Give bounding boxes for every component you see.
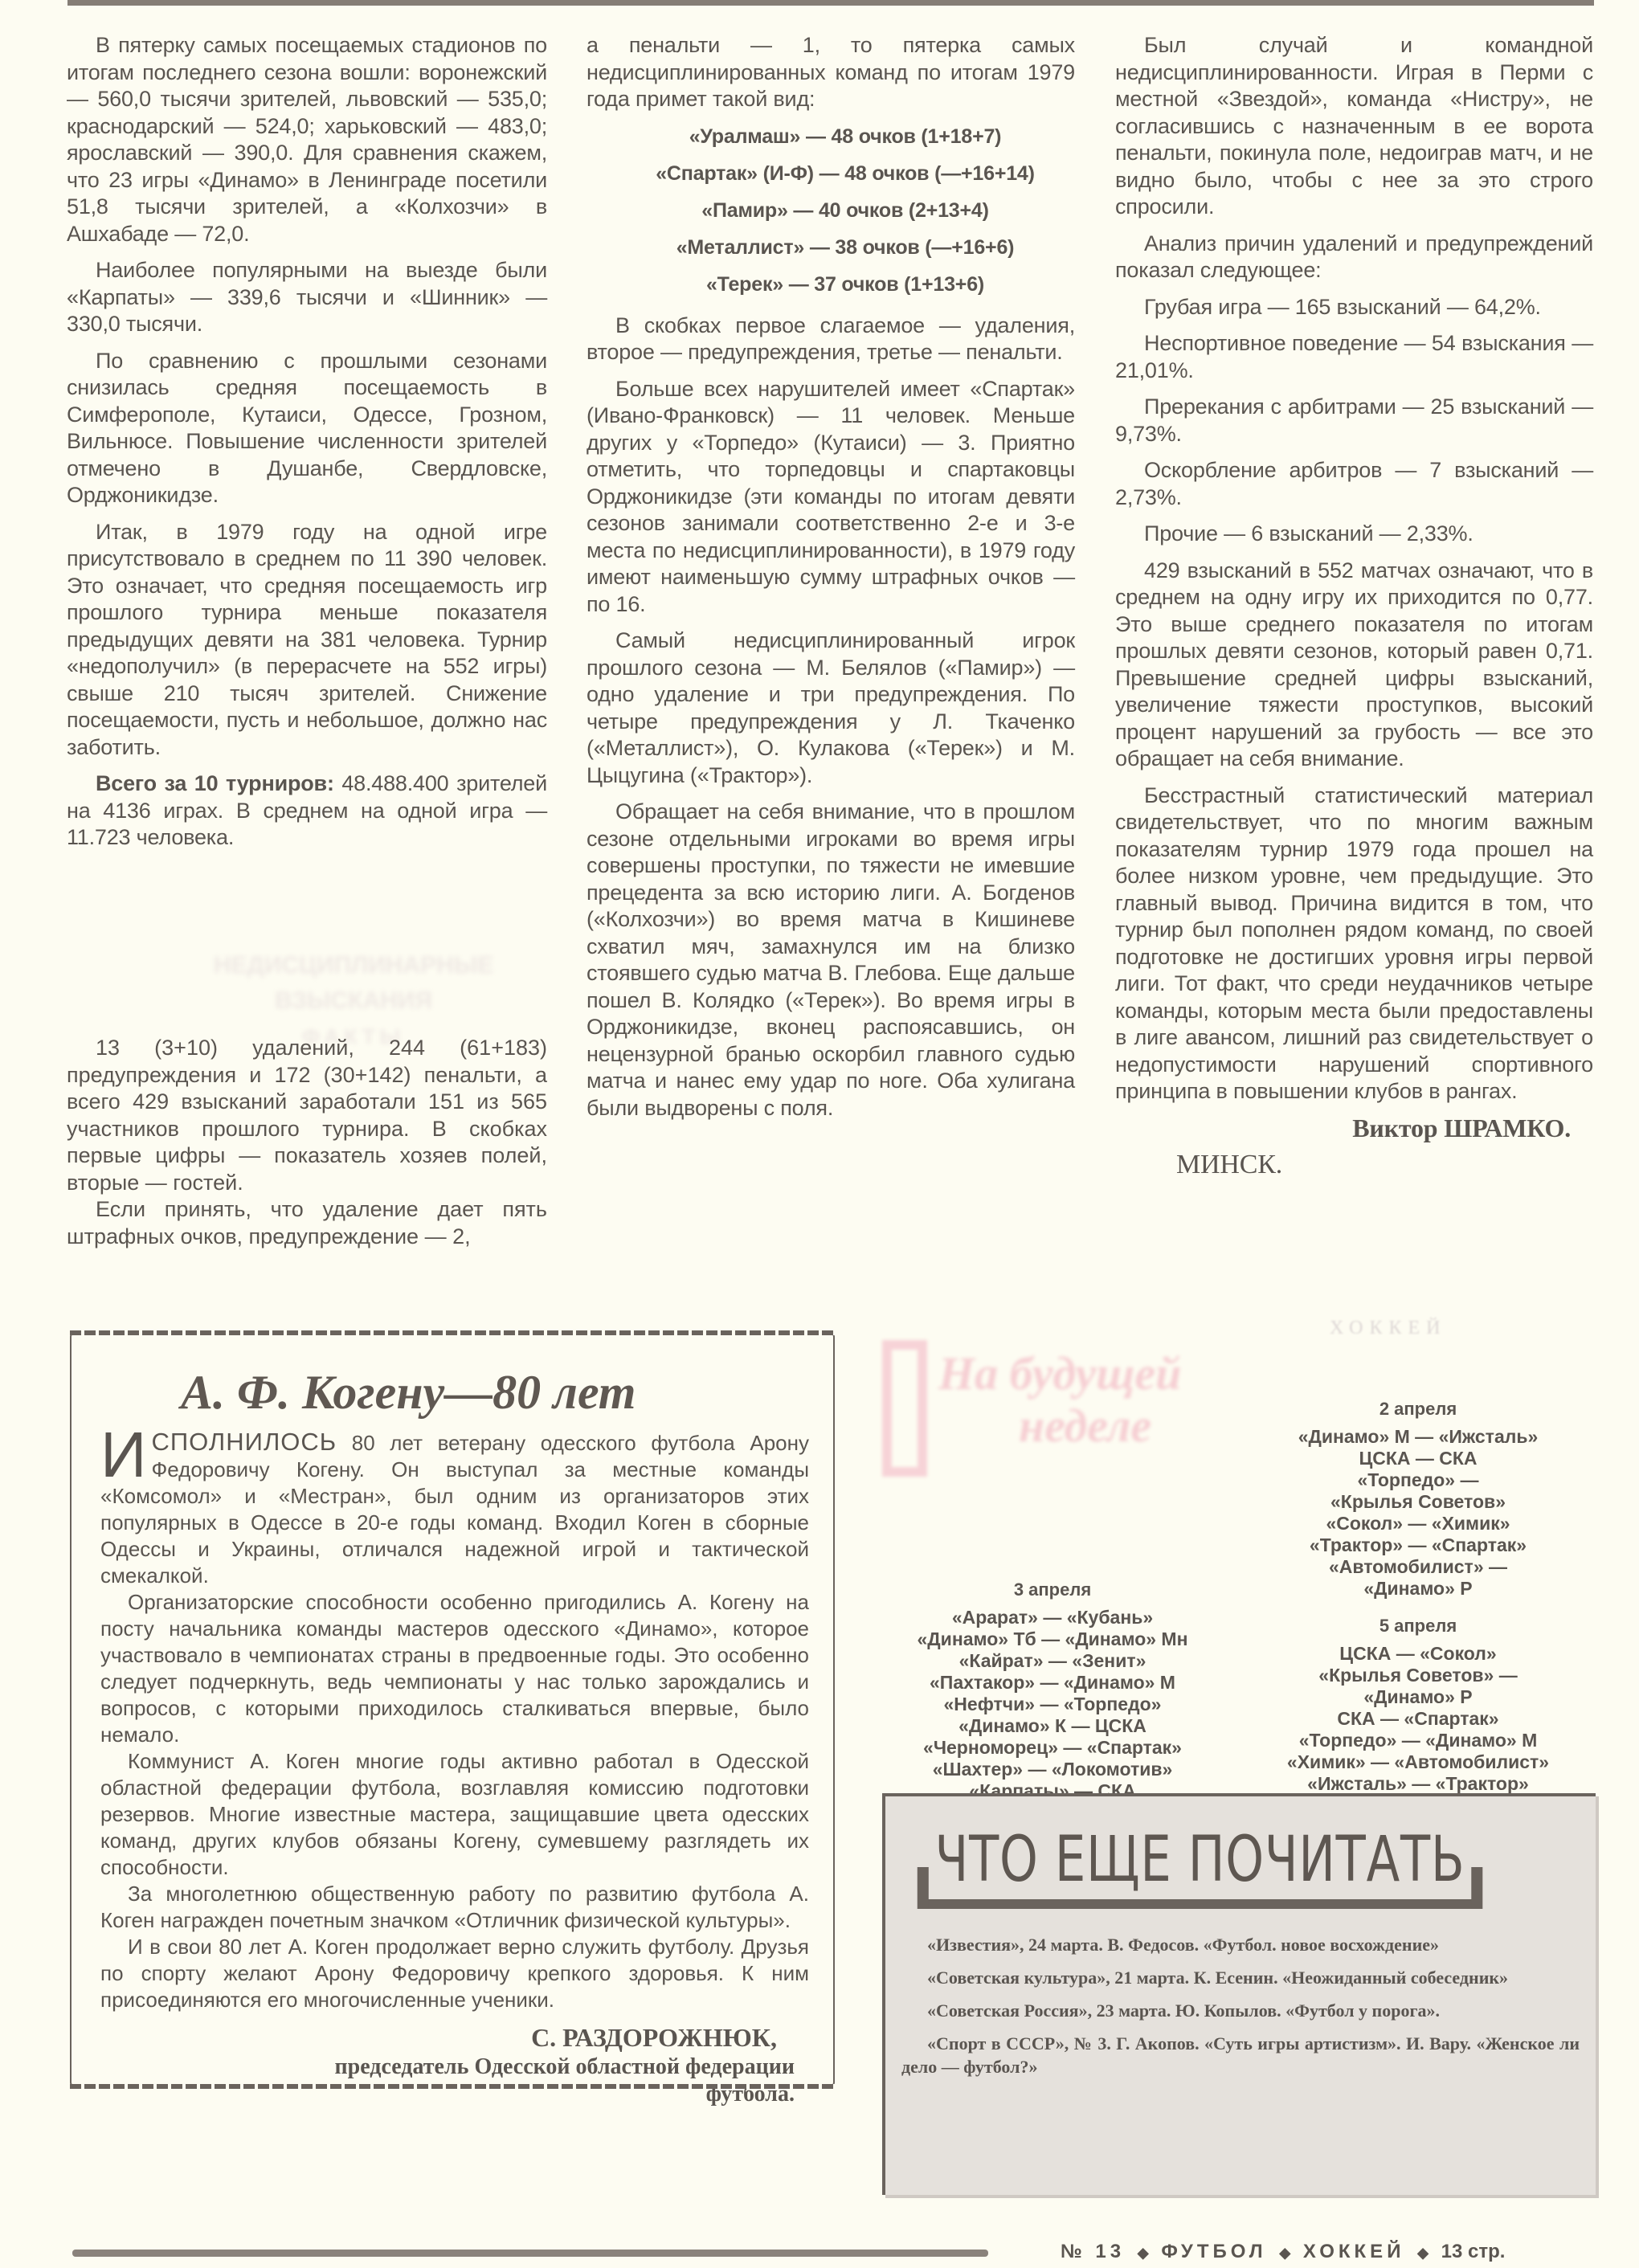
- paragraph: Самый недисциплинированный игрок прошлог…: [587, 627, 1075, 789]
- drop-cap: И: [100, 1428, 147, 1481]
- ranking-item: «Уралмаш» — 48 очков (1+18+7): [587, 123, 1075, 150]
- author-signature: Виктор ШРАМКО.: [1115, 1115, 1593, 1142]
- paragraph: а пенальти — 1, то пятерка самых недисци…: [587, 32, 1075, 113]
- match: «Динамо» Р: [1245, 1578, 1591, 1600]
- match: «Арарат» — «Кубань»: [868, 1607, 1237, 1628]
- page-number: 13 стр.: [1441, 2241, 1506, 2262]
- match: «Торпедо» — «Динамо» М: [1245, 1730, 1591, 1751]
- match: «Динамо» К — ЦСКА: [868, 1715, 1237, 1737]
- paragraph: Если принять, что удаление дает пять штр…: [67, 1196, 547, 1250]
- issue-number: № 13: [1061, 2241, 1125, 2262]
- paragraph: По сравнению с прошлыми сезонами снизила…: [67, 348, 547, 509]
- match: «Ижсталь» — «Трактор»: [1245, 1773, 1591, 1795]
- bottom-rule: [72, 2250, 988, 2257]
- lead-caps: СПОЛНИЛОСЬ: [152, 1428, 337, 1456]
- paragraph: В пятерку самых посещаемых стадионов по …: [67, 32, 547, 247]
- reading-box: ЧТО ЕЩЕ ПОЧИТАТЬ «Известия», 24 марта. В…: [882, 1793, 1596, 2195]
- match: «Пахтакор» — «Динамо» М: [868, 1672, 1237, 1694]
- match: «Нефтчи» — «Торпедо»: [868, 1694, 1237, 1715]
- match: ЦСКА — СКА: [1245, 1448, 1591, 1469]
- stat-line: Пререкания с арбитрами — 25 взысканий — …: [1115, 394, 1593, 447]
- match: «Шахтер» — «Локомотив»: [868, 1759, 1237, 1780]
- ranking-item: «Металлист» — 38 очков (—+16+6): [587, 234, 1075, 261]
- reading-item: «Советская культура», 21 марта. К. Есени…: [901, 1966, 1580, 1989]
- match: «Торпедо» —: [1245, 1469, 1591, 1491]
- match: «Крылья Советов» —: [1245, 1665, 1591, 1686]
- match: «Динамо» М — «Ижсталь»: [1245, 1426, 1591, 1448]
- stat-line: Неспортивное поведение — 54 взыскания — …: [1115, 330, 1593, 384]
- signature-name: С. РАЗДОРОЖНЮК,: [100, 2021, 809, 2053]
- total-label: Всего за 10 турниров:: [96, 771, 334, 795]
- author-city: МИНСК.: [1115, 1151, 1593, 1179]
- jubilee-title: А. Ф. Когену—80 лет: [100, 1364, 809, 1420]
- paragraph: Был случай и командной недисциплинирован…: [1115, 32, 1593, 221]
- paragraph: В скобках первое слагаемое — удаления, в…: [587, 313, 1075, 366]
- reading-item: «Советская Россия», 23 марта. Ю. Копылов…: [901, 1999, 1580, 2022]
- paragraph: Итак, в 1979 году на одной игре присутст…: [67, 519, 547, 762]
- discipline-ranking: «Уралмаш» — 48 очков (1+18+7) «Спартак» …: [587, 123, 1075, 298]
- next-week-banner: На будущей неделе: [882, 1334, 1236, 1486]
- match: «Черноморец» — «Спартак»: [868, 1737, 1237, 1759]
- article-column-1-continued: 13 (3+10) удалений, 244 (61+183) предупр…: [67, 1035, 547, 1250]
- schedule-date: 3 апреля: [868, 1579, 1237, 1600]
- diamond-icon: ◆: [1414, 2245, 1432, 2261]
- article-column-2: а пенальти — 1, то пятерка самых недисци…: [587, 32, 1075, 1131]
- paragraph: Наиболее популярными на выезде были «Кар…: [67, 257, 547, 338]
- paragraph: Организаторские способности особенно при…: [100, 1589, 809, 1748]
- paragraph: 429 взысканий в 552 матчах означают, что…: [1115, 558, 1593, 773]
- reading-item: «Известия», 24 марта. В. Федосов. «Футбо…: [901, 1933, 1580, 1956]
- faded-section-heading: НЕДИСЦИПЛИНАРНЫЕ ВЗЫСКАНИЯ ФАКТЫ: [185, 948, 522, 1012]
- article-column-1: В пятерку самых посещаемых стадионов по …: [67, 32, 547, 861]
- stat-line: Грубая игра — 165 взысканий — 64,2%.: [1115, 294, 1593, 321]
- schedule-date: 5 апреля: [1245, 1615, 1591, 1637]
- hockey-section-label: ХОККЕЙ: [1330, 1318, 1446, 1339]
- reading-title: ЧТО ЕЩЕ ПОЧИТАТЬ: [922, 1825, 1478, 1909]
- schedule-date: 2 апреля: [1245, 1398, 1591, 1420]
- paragraph: Больше всех нарушителей имеет «Спартак» …: [587, 376, 1075, 619]
- jubilee-box: А. Ф. Когену—80 лет ИСПОЛНИЛОСЬ 80 лет в…: [70, 1332, 835, 2087]
- paragraph: Коммунист А. Коген многие годы активно р…: [100, 1748, 809, 1881]
- ranking-item: «Спартак» (И-Ф) — 48 очков (—+16+14): [587, 160, 1075, 187]
- diamond-icon: ◆: [1276, 2245, 1294, 2261]
- signature-role: футбола.: [100, 2081, 809, 2108]
- total-paragraph: Всего за 10 турниров: 48.488.400 зрителе…: [67, 770, 547, 852]
- match: «Динамо» Тб — «Динамо» Мн: [868, 1628, 1237, 1650]
- jubilee-lead: ИСПОЛНИЛОСЬ 80 лет ветерану одесского фу…: [100, 1428, 809, 1589]
- page-footer: № 13 ◆ ФУТБОЛ ◆ ХОККЕЙ ◆ 13 стр.: [1061, 2240, 1615, 2265]
- paragraph: Обращает на себя внимание, что в прошлом…: [587, 799, 1075, 1122]
- match: «Кайрат» — «Зенит»: [868, 1650, 1237, 1672]
- article-column-3: Был случай и командной недисциплинирован…: [1115, 32, 1593, 1188]
- paragraph: Бесстрастный статистический материал сви…: [1115, 783, 1593, 1105]
- match: ЦСКА — «Сокол»: [1245, 1643, 1591, 1665]
- paragraph: Анализ причин удалений и предупреждений …: [1115, 231, 1593, 284]
- ranking-item: «Памир» — 40 очков (2+13+4): [587, 197, 1075, 224]
- paragraph: И в свои 80 лет А. Коген продолжает верн…: [100, 1934, 809, 2013]
- diamond-icon: ◆: [1134, 2245, 1152, 2261]
- match: «Сокол» — «Химик»: [1245, 1513, 1591, 1534]
- match: «Автомобилист» —: [1245, 1556, 1591, 1578]
- footer-title: ФУТБОЛ: [1161, 2241, 1266, 2262]
- stat-line: Прочие — 6 взысканий — 2,33%.: [1115, 521, 1593, 548]
- match: «Динамо» Р: [1245, 1686, 1591, 1708]
- top-rule: [67, 0, 1594, 6]
- match: «Трактор» — «Спартак»: [1245, 1534, 1591, 1556]
- stat-line: Оскорбление арбитров — 7 взысканий — 2,7…: [1115, 457, 1593, 511]
- paragraph: 13 (3+10) удалений, 244 (61+183) предупр…: [67, 1035, 547, 1196]
- signature-role: председатель Одесской областной федераци…: [100, 2053, 809, 2081]
- banner-frame: [882, 1340, 927, 1477]
- match: «Химик» — «Автомобилист»: [1245, 1751, 1591, 1773]
- reading-item: «Спорт в СССР», № 3. Г. Акопов. «Суть иг…: [901, 2032, 1580, 2078]
- schedule-day: 5 апреля ЦСКА — «Сокол» «Крылья Советов»…: [1245, 1615, 1591, 1795]
- schedule-day: 2 апреля «Динамо» М — «Ижсталь» ЦСКА — С…: [1245, 1398, 1591, 1600]
- match: СКА — «Спартак»: [1245, 1708, 1591, 1730]
- schedule-day: 3 апреля «Арарат» — «Кубань» «Динамо» Тб…: [868, 1579, 1237, 1802]
- match: «Крылья Советов»: [1245, 1491, 1591, 1513]
- ranking-item: «Терек» — 37 очков (1+13+6): [587, 271, 1075, 298]
- paragraph: За многолетнюю общественную работу по ра…: [100, 1881, 809, 1934]
- footer-title: ХОККЕЙ: [1303, 2241, 1405, 2262]
